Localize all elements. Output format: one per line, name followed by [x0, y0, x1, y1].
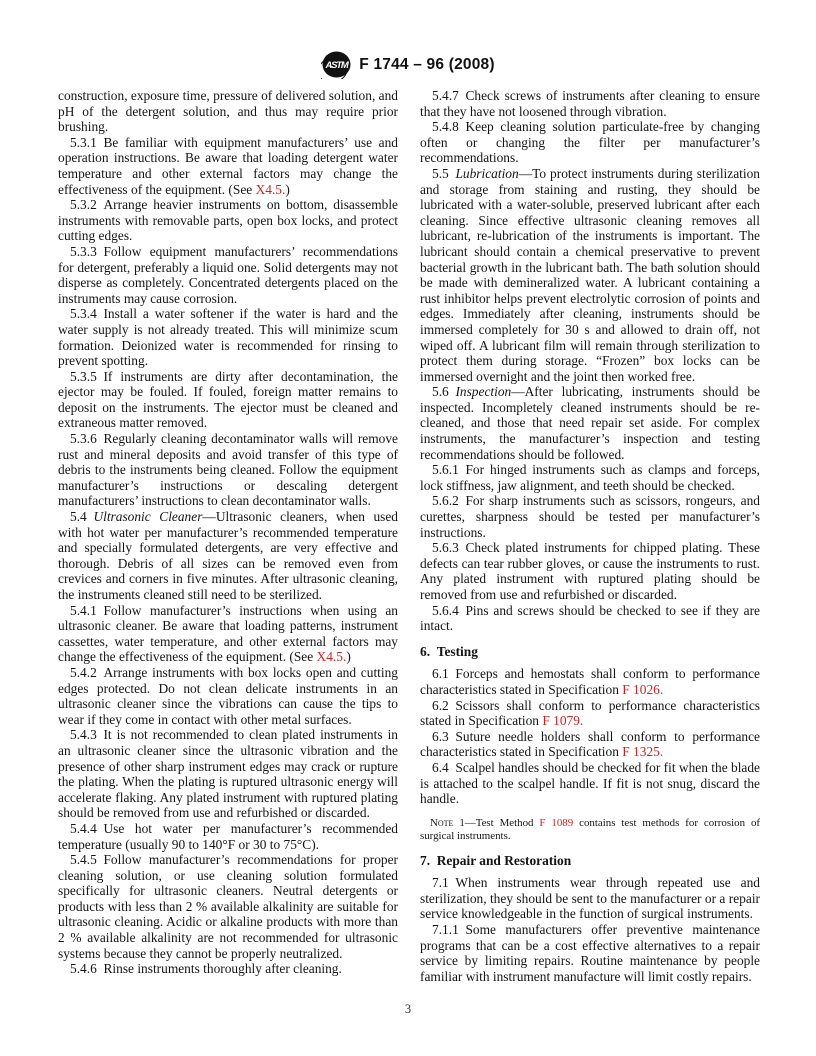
paragraph: 5.4.1 Follow manufacturer’s instructions…	[58, 603, 398, 665]
note-label: Note	[430, 817, 453, 829]
astm-logo-text: ASTM	[325, 60, 350, 71]
cross-reference-link[interactable]: X4.5.	[317, 649, 347, 664]
paragraph: construction, exposure time, pressure of…	[58, 88, 398, 135]
defined-term: Ultrasonic Cleaner	[93, 509, 202, 524]
paragraph: 5.6.2 For sharp instruments such as scis…	[420, 493, 760, 540]
cross-reference-link[interactable]: F 1026.	[622, 682, 663, 697]
paragraph: 5.3.2 Arrange heavier instruments on bot…	[58, 197, 398, 244]
paragraph: 5.4.6 Rinse instruments thoroughly after…	[58, 961, 398, 977]
left-column: construction, exposure time, pressure of…	[58, 88, 398, 984]
paragraph: 7.1.1 Some manufacturers offer preventiv…	[420, 922, 760, 984]
standard-designation: F 1744 – 96 (2008)	[359, 56, 494, 74]
paragraph: 5.3.6 Regularly cleaning decontaminator …	[58, 431, 398, 509]
paragraph: 5.4.4 Use hot water per manufacturer’s r…	[58, 821, 398, 852]
paragraph: 5.4.7 Check screws of instruments after …	[420, 88, 760, 119]
cross-reference-link[interactable]: X4.5.	[256, 182, 286, 197]
paragraph: 5.3.1 Be familiar with equipment manufac…	[58, 135, 398, 197]
paragraph: 5.4.8 Keep cleaning solution particulate…	[420, 119, 760, 166]
note-paragraph: Note 1—Test Method F 1089 contains test …	[420, 817, 760, 843]
page-header: ASTM F 1744 – 96 (2008)	[0, 50, 816, 79]
paragraph: 5.3.5 If instruments are dirty after dec…	[58, 369, 398, 431]
defined-term: Lubrication	[455, 166, 518, 181]
paragraph: 5.5 Lubrication—To protect instruments d…	[420, 166, 760, 384]
paragraph: 5.3.3 Follow equipment manufacturers’ re…	[58, 244, 398, 306]
cross-reference-link[interactable]: F 1089	[539, 817, 573, 829]
paragraph: 6.2 Scissors shall conform to performanc…	[420, 698, 760, 729]
cross-reference-link[interactable]: F 1325.	[622, 744, 663, 759]
page-footer: 3	[0, 1002, 816, 1017]
section-heading: 6. Testing	[420, 644, 760, 660]
paragraph: 5.6.3 Check plated instruments for chipp…	[420, 540, 760, 602]
paragraph: 6.3 Suture needle holders shall conform …	[420, 729, 760, 760]
cross-reference-link[interactable]: F 1079.	[542, 713, 583, 728]
paragraph: 5.6.1 For hinged instruments such as cla…	[420, 462, 760, 493]
paragraph: 6.1 Forceps and hemostats shall conform …	[420, 666, 760, 697]
body-columns: construction, exposure time, pressure of…	[58, 88, 760, 984]
section-heading: 7. Repair and Restoration	[420, 853, 760, 869]
paragraph: 5.6 Inspection—After lubricating, instru…	[420, 384, 760, 462]
paragraph: 5.6.4 Pins and screws should be checked …	[420, 603, 760, 634]
paragraph: 7.1 When instruments wear through repeat…	[420, 875, 760, 922]
page-number: 3	[405, 1002, 411, 1016]
paragraph: 5.4.5 Follow manufacturer’s recommendati…	[58, 852, 398, 961]
right-column: 5.4.7 Check screws of instruments after …	[420, 88, 760, 984]
paragraph: 5.4.2 Arrange instruments with box locks…	[58, 665, 398, 727]
paragraph: 6.4 Scalpel handles should be checked fo…	[420, 760, 760, 807]
paragraph: 5.3.4 Install a water softener if the wa…	[58, 306, 398, 368]
paragraph: 5.4 Ultrasonic Cleaner—Ultrasonic cleane…	[58, 509, 398, 603]
paragraph: 5.4.3 It is not recommended to clean pla…	[58, 727, 398, 821]
astm-logo-icon: ASTM	[321, 50, 352, 79]
defined-term: Inspection	[455, 384, 511, 399]
document-page: ASTM F 1744 – 96 (2008) construction, ex…	[0, 0, 816, 1056]
